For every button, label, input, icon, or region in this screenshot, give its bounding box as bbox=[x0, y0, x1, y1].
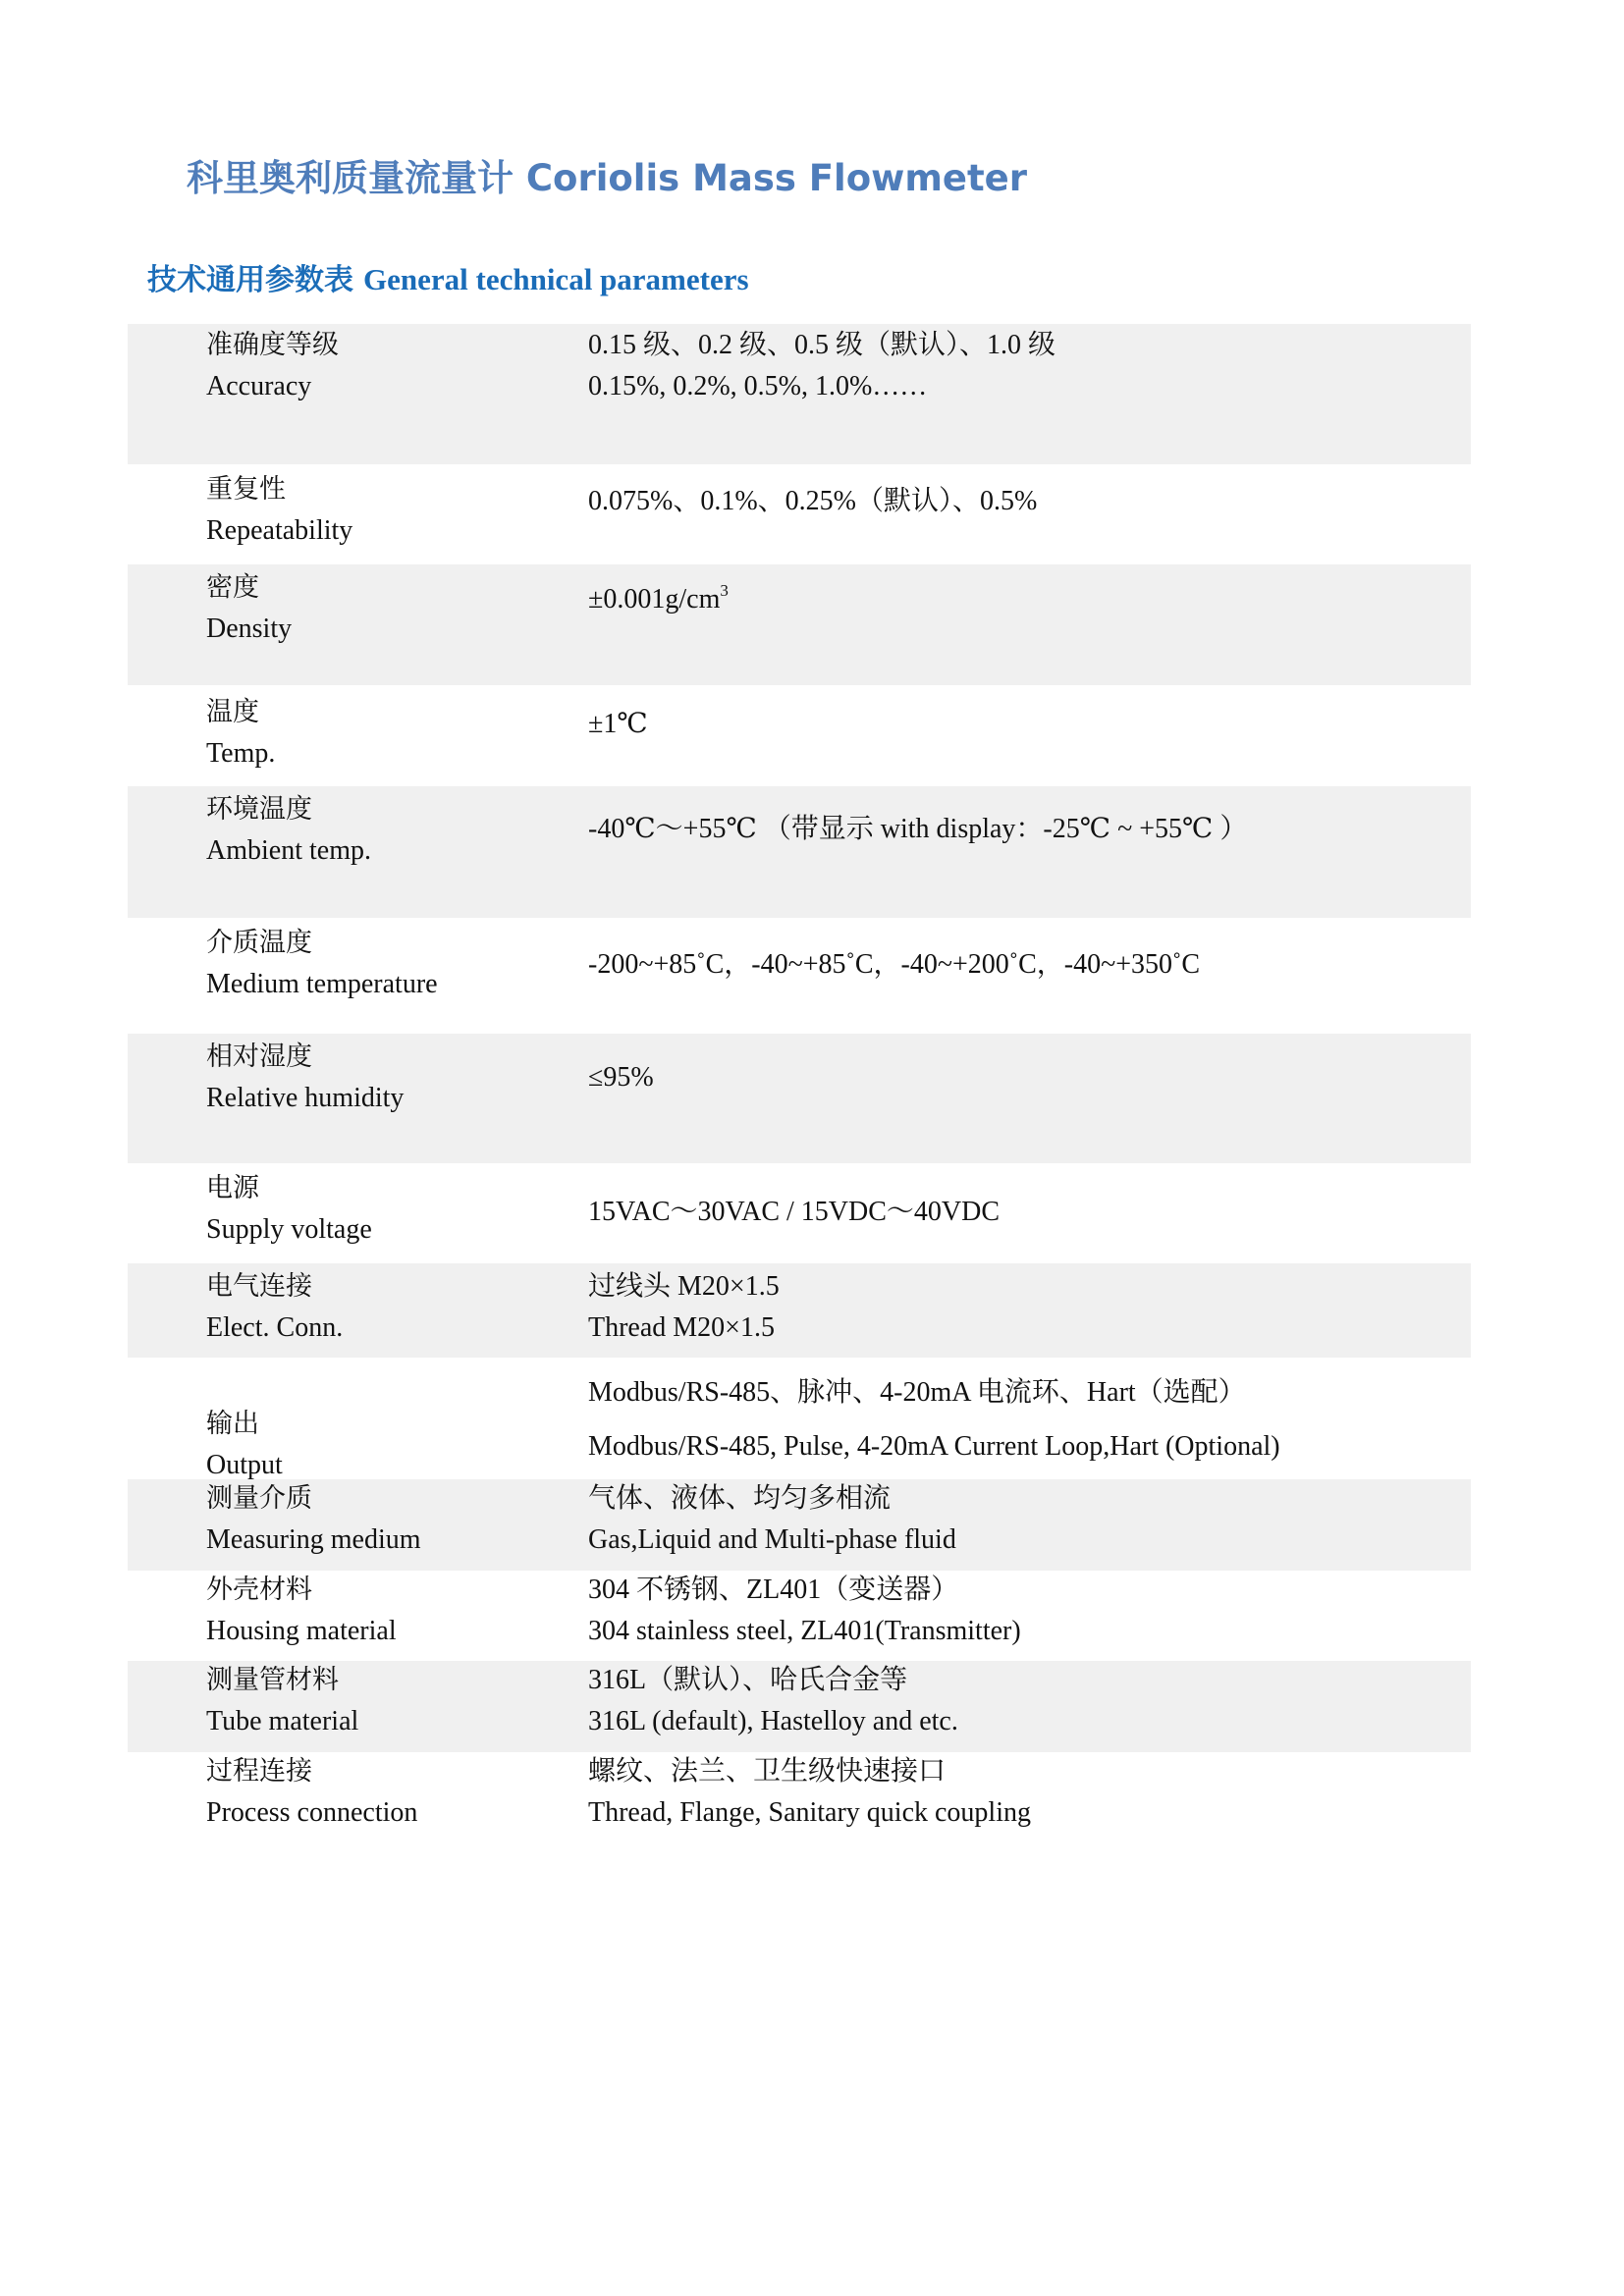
label-en: Repeatability bbox=[206, 517, 352, 545]
label-zh: 电气连接 bbox=[206, 1273, 312, 1300]
value-line: 15VAC～30VAC / 15VDC～40VDC bbox=[588, 1199, 1000, 1226]
label-zh: 环境温度 bbox=[206, 796, 312, 823]
document-title: 科里奥利质量流量计 Coriolis Mass Flowmeter bbox=[187, 157, 1027, 200]
label-zh: 输出 bbox=[206, 1411, 259, 1437]
value-line: -200~+85˚C，-40~+85˚C，-40~+200˚C，-40~+350… bbox=[588, 951, 1200, 979]
label-zh: 相对湿度 bbox=[206, 1043, 312, 1070]
section-title-zh: 技术通用参数表 bbox=[147, 263, 353, 297]
spec-row-density: 密度 Density ±0.001g/cm3 bbox=[128, 564, 1471, 685]
section-title-en: General technical parameters bbox=[363, 262, 749, 296]
spec-row-relative-humidity: 相对湿度 Relative humidity ≤95% bbox=[128, 1034, 1471, 1163]
section-title: 技术通用参数表General technical parameters bbox=[147, 261, 749, 298]
label-en: Measuring medium bbox=[206, 1526, 421, 1554]
spec-row-ambient-temp: 环境温度 Ambient temp. -40℃～+55℃ （带显示 with d… bbox=[128, 786, 1471, 918]
label-zh: 准确度等级 bbox=[206, 332, 339, 358]
label-en: Elect. Conn. bbox=[206, 1314, 343, 1342]
value-line: 0.15%, 0.2%, 0.5%, 1.0%…… bbox=[588, 373, 927, 400]
value-line: 316L（默认）、哈氏合金等 bbox=[588, 1667, 907, 1694]
label-zh: 过程连接 bbox=[206, 1758, 312, 1785]
value-line: 304 stainless steel, ZL401(Transmitter) bbox=[588, 1618, 1021, 1645]
value-line: Modbus/RS-485, Pulse, 4-20mA Current Loo… bbox=[588, 1433, 1280, 1461]
label-en: Output bbox=[206, 1452, 283, 1479]
spec-row-tube-material: 测量管材料 Tube material 316L（默认）、哈氏合金等 316L … bbox=[128, 1661, 1471, 1752]
label-en: Accuracy bbox=[206, 373, 311, 400]
label-zh: 外壳材料 bbox=[206, 1576, 312, 1603]
label-zh: 电源 bbox=[206, 1175, 259, 1201]
spec-row-process-connection: 过程连接 Process connection 螺纹、法兰、卫生级快速接口 Th… bbox=[128, 1752, 1471, 1843]
value-line: 螺纹、法兰、卫生级快速接口 bbox=[588, 1758, 946, 1786]
density-value: ±0.001g/cm bbox=[588, 584, 720, 614]
label-en: Supply voltage bbox=[206, 1216, 372, 1244]
spec-row-elect-conn: 电气连接 Elect. Conn. 过线头 M20×1.5 Thread M20… bbox=[128, 1263, 1471, 1358]
density-exponent: 3 bbox=[720, 581, 729, 600]
label-en: Temp. bbox=[206, 740, 275, 768]
spec-row-output: 输出 Output Modbus/RS-485、脉冲、4-20mA 电流环、Ha… bbox=[128, 1358, 1471, 1479]
label-en: Housing material bbox=[206, 1618, 397, 1645]
value-line: Thread, Flange, Sanitary quick coupling bbox=[588, 1799, 1031, 1827]
value-line: 气体、液体、均匀多相流 bbox=[588, 1485, 891, 1513]
label-en: Ambient temp. bbox=[206, 837, 371, 865]
label-zh: 重复性 bbox=[206, 476, 286, 503]
label-zh: 密度 bbox=[206, 574, 259, 601]
value-line: Gas,Liquid and Multi-phase fluid bbox=[588, 1526, 956, 1554]
spec-table: 准确度等级 Accuracy 0.15 级、0.2 级、0.5 级（默认）、1.… bbox=[128, 324, 1471, 1843]
value-line: 0.075%、0.1%、0.25%（默认）、0.5% bbox=[588, 488, 1037, 515]
label-zh: 测量管材料 bbox=[206, 1667, 339, 1693]
label-en: Relative humidity bbox=[206, 1085, 404, 1112]
label-zh: 介质温度 bbox=[206, 930, 312, 956]
value-line: Modbus/RS-485、脉冲、4-20mA 电流环、Hart（选配） bbox=[588, 1379, 1246, 1407]
value-line: ±1℃ bbox=[588, 711, 648, 738]
value-line: 316L (default), Hastelloy and etc. bbox=[588, 1708, 958, 1735]
label-zh: 温度 bbox=[206, 699, 259, 725]
value-line: 0.15 级、0.2 级、0.5 级（默认）、1.0 级 bbox=[588, 332, 1056, 359]
spec-row-supply-voltage: 电源 Supply voltage 15VAC～30VAC / 15VDC～40… bbox=[128, 1163, 1471, 1263]
label-en: Density bbox=[206, 615, 292, 643]
value-line: ≤95% bbox=[588, 1064, 654, 1092]
value-line: 304 不锈钢、ZL401（变送器） bbox=[588, 1576, 958, 1604]
spec-row-repeatability: 重复性 Repeatability 0.075%、0.1%、0.25%（默认）、… bbox=[128, 464, 1471, 564]
spec-row-temp: 温度 Temp. ±1℃ bbox=[128, 685, 1471, 786]
label-en: Process connection bbox=[206, 1799, 417, 1827]
spec-row-housing-material: 外壳材料 Housing material 304 不锈钢、ZL401（变送器）… bbox=[128, 1571, 1471, 1661]
label-en: Tube material bbox=[206, 1708, 358, 1735]
spec-row-accuracy: 准确度等级 Accuracy 0.15 级、0.2 级、0.5 级（默认）、1.… bbox=[128, 324, 1471, 464]
spec-row-measuring-medium: 测量介质 Measuring medium 气体、液体、均匀多相流 Gas,Li… bbox=[128, 1479, 1471, 1571]
spec-row-medium-temperature: 介质温度 Medium temperature -200~+85˚C，-40~+… bbox=[128, 918, 1471, 1034]
value-line: Thread M20×1.5 bbox=[588, 1314, 775, 1342]
value-line: ±0.001g/cm3 bbox=[588, 586, 729, 614]
label-en: Medium temperature bbox=[206, 971, 438, 998]
value-line: -40℃～+55℃ （带显示 with display：-25℃ ~ +55℃ … bbox=[588, 816, 1247, 843]
label-zh: 测量介质 bbox=[206, 1485, 312, 1512]
value-line: 过线头 M20×1.5 bbox=[588, 1273, 780, 1301]
